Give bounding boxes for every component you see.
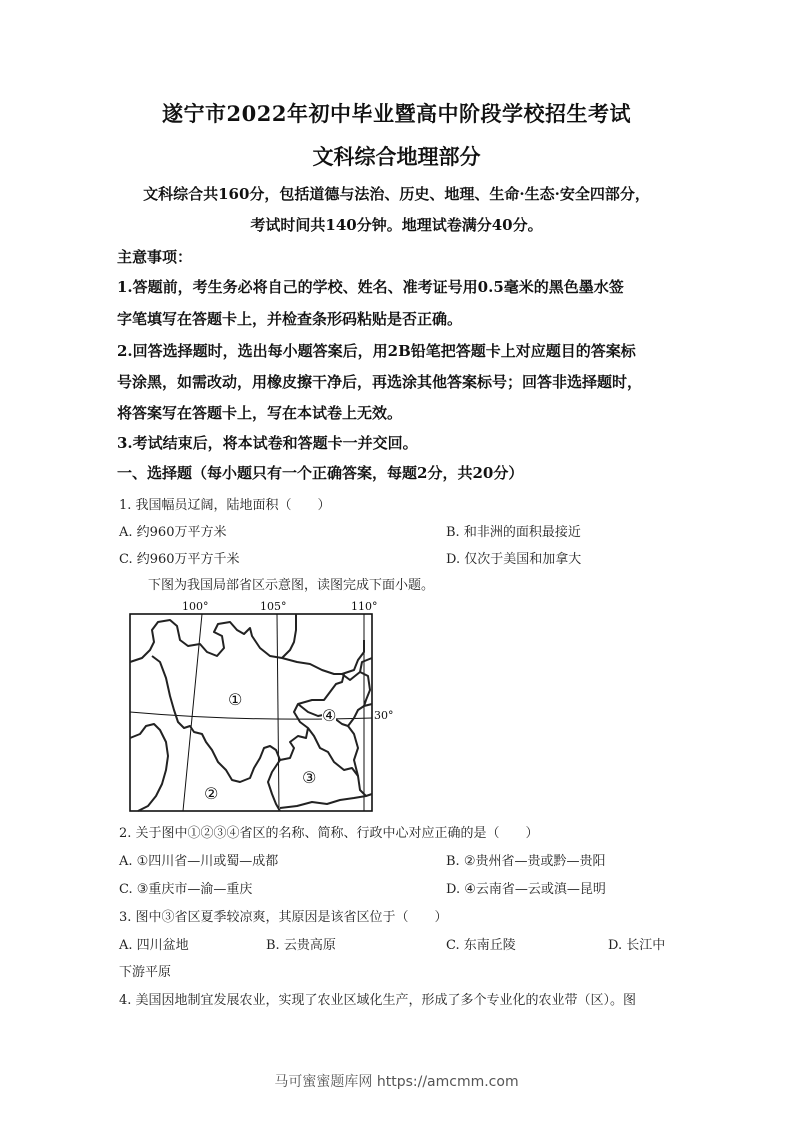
- notice-item: 将答案写在答题卡上，写在本试卷上无效。: [117, 402, 402, 423]
- watermark-footer: 马可蜜蜜题库网 https://amcmm.com: [0, 1071, 793, 1091]
- map-intro: 下图为我国局部省区示意图，读图完成下面小题。: [148, 574, 434, 593]
- question-2-option-d: D. ④云南省—云或滇—昆明: [446, 878, 606, 897]
- question-1-option-c: C. 约960万平方千米: [119, 548, 240, 567]
- notice-item: 字笔填写在答题卡上，并检查条形码粘贴是否正确。: [117, 308, 462, 329]
- notice-item: 1.答题前，考生务必将自己的学校、姓名、准考证号用0.5毫米的黑色墨水签: [117, 276, 624, 297]
- question-3-option-b: B. 云贵高原: [266, 934, 336, 953]
- exam-title: 遂宁市2022年初中毕业暨高中阶段学校招生考试: [0, 98, 793, 128]
- section-heading: 一、选择题（每小题只有一个正确答案，每题2分，共20分）: [117, 462, 523, 483]
- region-label-3: ③: [302, 768, 316, 787]
- question-3-option-d: D. 长江中: [608, 934, 665, 953]
- exam-subtitle: 文科综合地理部分: [0, 141, 793, 171]
- notice-heading: 主意事项：: [117, 246, 192, 267]
- latitude-label-30: 30°: [374, 709, 394, 722]
- question-2-option-c: C. ③重庆市—渝—重庆: [119, 878, 252, 897]
- notice-item: 3.考试结束后，将本试卷和答题卡一并交回。: [117, 432, 418, 453]
- question-4-stem: 4. 美国因地制宜发展农业，实现了农业区域化生产，形成了多个专业化的农业带（区）…: [119, 989, 636, 1008]
- question-2-option-b: B. ②贵州省—贵或黔—贵阳: [446, 850, 605, 869]
- region-label-4: ④: [322, 706, 336, 725]
- intro-line-2: 考试时间共140分钟。地理试卷满分40分。: [0, 214, 793, 235]
- question-3-option-a: A. 四川盆地: [119, 934, 189, 953]
- province-map: 100° 105° 110° 30° ① ② ③ ④: [122, 600, 402, 815]
- question-3-stem: 3. 图中③省区夏季较凉爽，其原因是该省区位于（ ）: [119, 906, 448, 925]
- question-1-stem: 1. 我国幅员辽阔，陆地面积（ ）: [119, 494, 331, 513]
- notice-item: 号涂黑，如需改动，用橡皮擦干净后，再选涂其他答案标号；回答非选择题时，: [117, 371, 642, 392]
- intro-line-1: 文科综合共160分，包括道德与法治、历史、地理、生命·生态·安全四部分，: [0, 183, 793, 204]
- exam-page: 遂宁市2022年初中毕业暨高中阶段学校招生考试 文科综合地理部分 文科综合共16…: [0, 0, 793, 1122]
- longitude-label-110: 110°: [351, 600, 378, 613]
- question-3-option-c: C. 东南丘陵: [446, 934, 516, 953]
- region-label-2: ②: [204, 784, 218, 803]
- longitude-label-100: 100°: [182, 600, 209, 613]
- question-2-option-a: A. ①四川省—川或蜀—成都: [119, 850, 278, 869]
- region-label-1: ①: [228, 690, 242, 709]
- question-1-option-d: D. 仅次于美国和加拿大: [446, 548, 581, 567]
- question-2-stem: 2. 关于图中①②③④省区的名称、简称、行政中心对应正确的是（ ）: [119, 822, 539, 841]
- question-1-option-b: B. 和非洲的面积最接近: [446, 521, 581, 540]
- question-1-option-a: A. 约960万平方米: [119, 521, 226, 540]
- longitude-label-105: 105°: [260, 600, 287, 613]
- notice-item: 2.回答选择题时，选出每小题答案后，用2B铅笔把答题卡上对应题目的答案标: [117, 340, 636, 361]
- question-3-option-d-continuation: 下游平原: [119, 961, 171, 980]
